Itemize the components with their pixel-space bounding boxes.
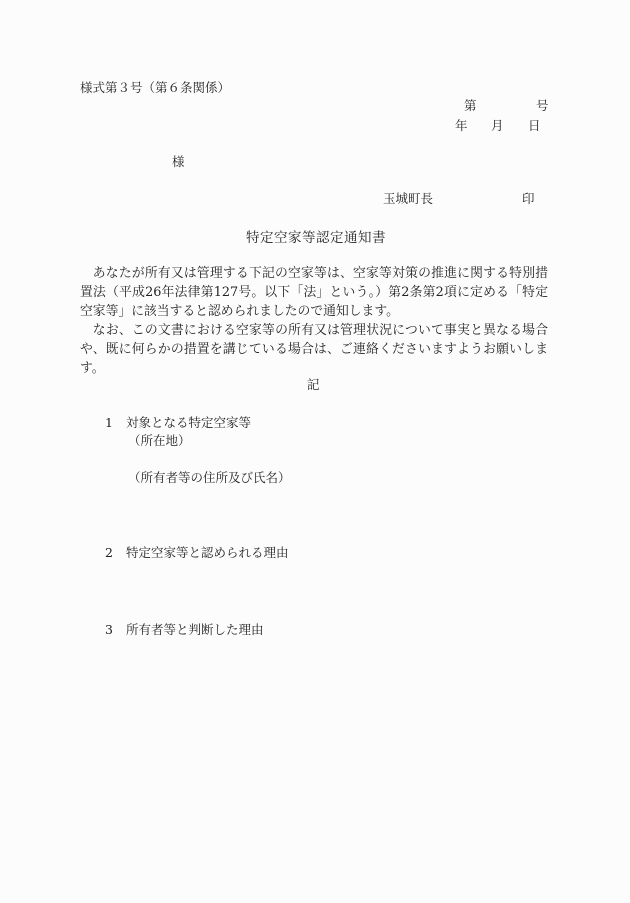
item-number: 1 [105,417,113,430]
addressee-suffix: 様 [172,156,185,169]
item-sub-owner: （所有者等の住所及び氏名） [128,472,291,485]
date-month: 月 [491,120,504,133]
ki-heading: 記 [307,379,320,392]
issuer-name: 玉城町長 [383,193,433,206]
form-number: 様式第３号（第６条関係） [80,82,230,95]
item-number: 2 [105,547,113,560]
seal-mark: 印 [522,193,535,206]
doc-number-prefix: 第 [464,100,477,113]
item-label: 特定空家等と認められる理由 [126,547,289,560]
body-paragraph-1: あなたが所有又は管理する下記の空家等は、空家等対策の推進に関する特別措置法（平成… [80,264,548,321]
doc-number-suffix: 号 [536,100,549,113]
date-day: 日 [528,120,541,133]
item-number: 3 [105,624,113,637]
body-paragraph-2: なお、この文書における空家等の所有又は管理状況について事実と異なる場合や、既に何… [80,321,548,378]
document-title: 特定空家等認定通知書 [246,232,386,246]
item-label: 対象となる特定空家等 [126,417,251,430]
item-label: 所有者等と判断した理由 [126,624,264,637]
item-sub-location: （所在地） [128,435,191,448]
body-text: あなたが所有又は管理する下記の空家等は、空家等対策の推進に関する特別措置法（平成… [80,264,548,378]
date-year: 年 [455,120,468,133]
